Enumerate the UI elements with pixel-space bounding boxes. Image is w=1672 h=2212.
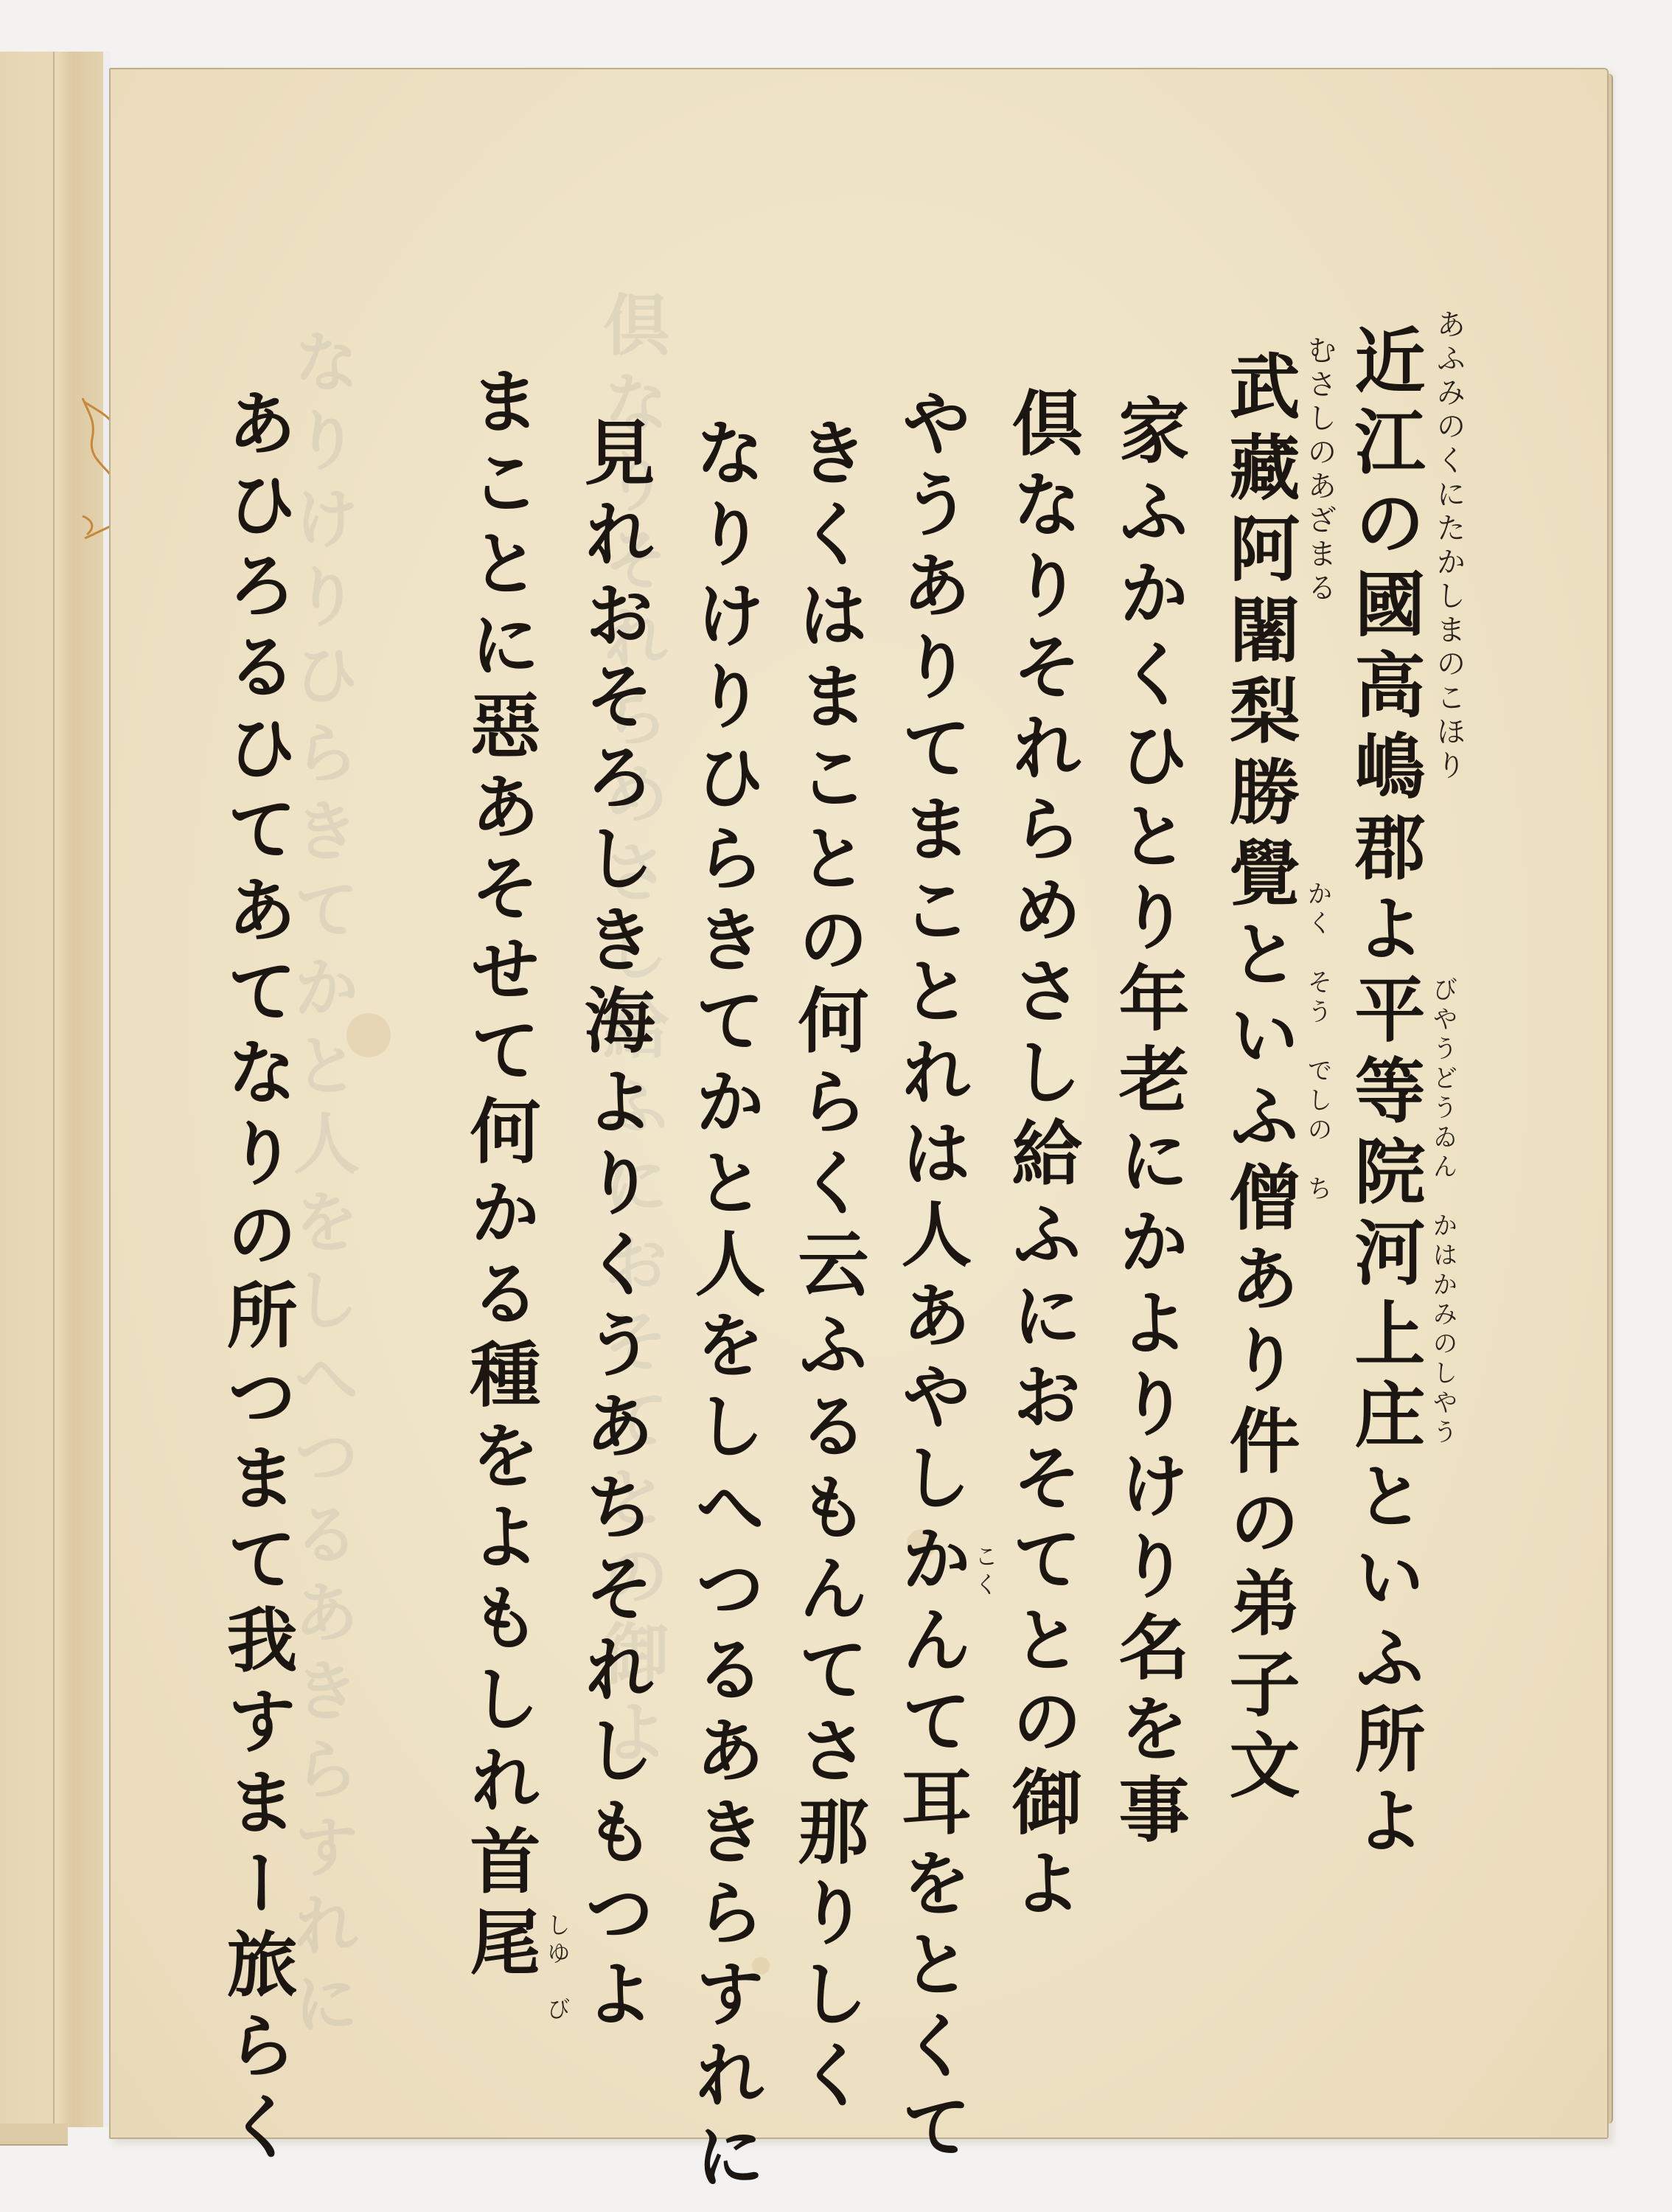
left-page-bottom-edge bbox=[0, 2124, 68, 2146]
furigana-column-5-mid: こく bbox=[973, 1544, 997, 1600]
text-column-2: 武藏阿闍梨勝覺といふ僧あり件の弟子文 bbox=[1224, 349, 1295, 1809]
text-column-3: 家ふかくひとり年老にかよりけり名を事 bbox=[1113, 394, 1184, 1854]
furigana-column-9-mid: しゆ び bbox=[546, 1913, 569, 2025]
text-column-9: まことに惡あそせて何かる種をよもしれ首尾 bbox=[464, 364, 535, 1986]
text-column-4: 倶なりそれらめさし給ふにおそてとの御よ bbox=[1006, 386, 1077, 1927]
page-fold-line bbox=[53, 52, 55, 2127]
text-column-1: 近江の國高嶋郡よ平等院河上庄といふ所よ bbox=[1349, 324, 1420, 1865]
furigana-column-1-top: あふみのくにたかしまのこほり bbox=[1434, 309, 1463, 784]
text-column-6: きくはまことの何らく云ふるもんてさ那りしく bbox=[793, 416, 863, 2119]
furigana-column-2-top: むさしのあざまる bbox=[1305, 335, 1334, 606]
adjacent-book-left-page bbox=[0, 52, 105, 2127]
text-column-10: あひろるひてあてなりの所つまて我すまー旅らく bbox=[221, 386, 292, 2171]
text-column-5: やうありてまことれは人あやしかんて耳をとくて bbox=[896, 386, 966, 2171]
furigana-column-1-mid: びやうどうゐん かはかみのしやう bbox=[1430, 976, 1455, 1448]
furigana-column-2-mid: かく そう でしの ち bbox=[1305, 880, 1330, 1205]
text-column-8: 見れおそろしき海よりくうあちそれしもつよ bbox=[579, 416, 649, 2038]
manuscript-page: 倶なりそれらめさし給ふにおそてとの御よ なりけりひらきてかと人をしへつるあきらす… bbox=[109, 68, 1609, 2139]
text-column-7: なりけりひらきてかと人をしへつるあきらすれに bbox=[689, 416, 760, 2200]
